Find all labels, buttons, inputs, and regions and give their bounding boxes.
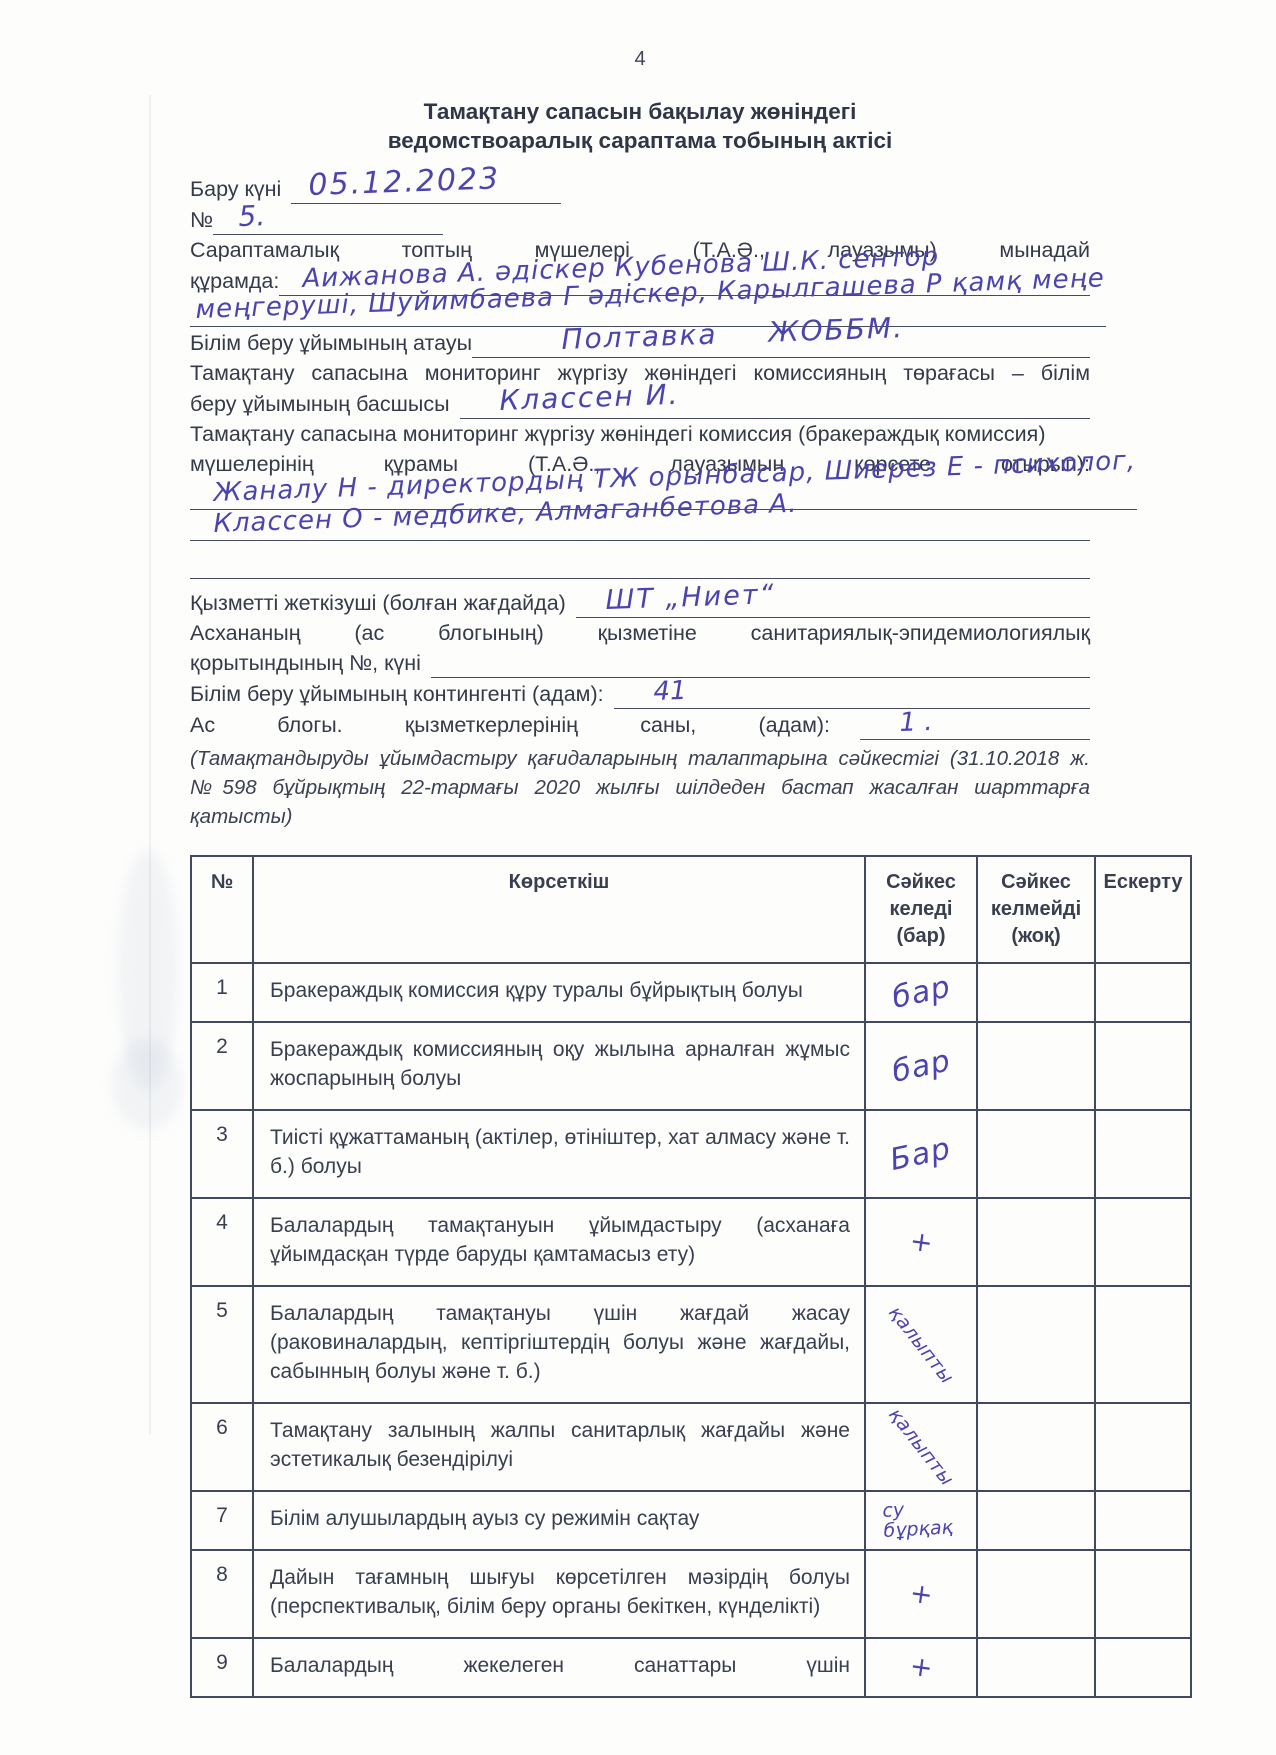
row-indicator: Дайын тағамның шығуы көрсетілген мәзірді…	[253, 1550, 865, 1638]
act-number-field: 5.	[213, 204, 443, 235]
document-title: Тамақтану сапасын бақылау жөніндегі ведо…	[190, 97, 1090, 155]
table-row: 1 Бракераждық комиссия құру туралы бұйры…	[191, 963, 1191, 1022]
checklist-body: 1 Бракераждық комиссия құру туралы бұйры…	[191, 963, 1191, 1697]
row-match-cell: Бар	[865, 1110, 977, 1198]
row-match-cell: бар	[865, 963, 977, 1022]
row-indicator: Бракераждық комиссия құру туралы бұйрықт…	[253, 963, 865, 1022]
header-no: №	[191, 856, 253, 963]
handwritten-mark: +	[908, 1225, 935, 1259]
org-name-field: Полтавка ЖОББМ.	[472, 327, 1090, 358]
row-match-cell: +	[865, 1198, 977, 1286]
handwritten-mark: қалыпты	[884, 1301, 958, 1387]
row-mismatch-cell	[977, 1550, 1095, 1638]
chair-label: беру ұйымының басшысы	[190, 389, 450, 419]
chair-handwriting: Классен И.	[498, 380, 679, 416]
title-line-1: Тамақтану сапасын бақылау жөніндегі	[190, 97, 1090, 126]
table-row: 6 Тамақтану залының жалпы санитарлық жағ…	[191, 1403, 1191, 1491]
header-note: Ескерту	[1095, 856, 1191, 963]
provider-line: Қызметті жеткізуші (болған жағдайда) ШТ …	[190, 587, 1090, 618]
page-number: 4	[190, 48, 1090, 71]
scanned-act-page: 4 Тамақтану сапасын бақылау жөніндегі ве…	[0, 0, 1276, 1755]
row-note-cell	[1095, 1638, 1191, 1697]
handwritten-mark: Бар	[888, 1131, 955, 1178]
visit-date-field: 05.12.2023	[291, 173, 561, 204]
handwritten-mark: су бұрқақ	[882, 1498, 960, 1542]
table-row: 7 Білім алушылардың ауыз су режимін сақт…	[191, 1491, 1191, 1550]
row-indicator: Балалардың тамақтануы үшін жағдай жасау …	[253, 1286, 865, 1403]
document-content: 4 Тамақтану сапасын бақылау жөніндегі ве…	[190, 48, 1090, 1698]
row-note-cell	[1095, 1403, 1191, 1491]
row-note-cell	[1095, 1491, 1191, 1550]
row-number: 5	[191, 1286, 253, 1403]
sanitary-line-1: Асхананың (ас блогының) қызметіне санита…	[190, 618, 1090, 648]
row-indicator: Тамақтану залының жалпы санитарлық жағда…	[253, 1403, 865, 1491]
row-number: 7	[191, 1491, 253, 1550]
row-indicator: Балалардың жекелеген санаттары үшін	[253, 1638, 865, 1697]
row-number: 2	[191, 1022, 253, 1110]
table-row: 8 Дайын тағамның шығуы көрсетілген мәзір…	[191, 1550, 1191, 1638]
visit-date-handwriting: 05.12.2023	[308, 164, 501, 201]
handwritten-mark: бар	[889, 969, 954, 1015]
table-row: 4 Балалардың тамақтануын ұйымдастыру (ас…	[191, 1198, 1191, 1286]
handwritten-mark: қалыпты	[884, 1404, 958, 1490]
contingent-line: Білім беру ұйымының контингенті (адам): …	[190, 678, 1090, 709]
commission-field-2: Классен О - медбике, Алмаганбетова А.	[190, 510, 1090, 541]
sanitary-line-2: қорытындының №, күні	[190, 648, 1090, 678]
commission-members-blank-line	[190, 541, 1090, 579]
row-mismatch-cell	[977, 1491, 1095, 1550]
commission-line-1: Тамақтану сапасына мониторинг жүргізу жө…	[190, 419, 1090, 449]
table-row: 9 Балалардың жекелеген санаттары үшін +	[191, 1638, 1191, 1697]
header-mismatch: Сәйкес келмейді (жоқ)	[977, 856, 1095, 963]
row-match-cell: бар	[865, 1022, 977, 1110]
provider-handwriting: ШТ „Ниет“	[605, 580, 776, 616]
row-mismatch-cell	[977, 1022, 1095, 1110]
row-number: 4	[191, 1198, 253, 1286]
table-row: 5 Балалардың тамақтануы үшін жағдай жаса…	[191, 1286, 1191, 1403]
row-note-cell	[1095, 1022, 1191, 1110]
provider-field: ШТ „Ниет“	[576, 587, 1090, 618]
row-note-cell	[1095, 963, 1191, 1022]
handwritten-mark: +	[908, 1651, 935, 1685]
row-mismatch-cell	[977, 963, 1095, 1022]
act-number-line: № 5.	[190, 204, 1090, 235]
visit-date-label: Бару күні	[190, 174, 281, 204]
row-number: 6	[191, 1403, 253, 1491]
row-mismatch-cell	[977, 1110, 1095, 1198]
contingent-field: 41	[614, 678, 1090, 709]
chair-line-2: беру ұйымының басшысы Классен И.	[190, 388, 1090, 419]
row-match-cell: +	[865, 1550, 977, 1638]
row-note-cell	[1095, 1550, 1191, 1638]
row-match-cell: қалыпты	[865, 1286, 977, 1403]
row-match-cell: су бұрқақ	[865, 1491, 977, 1550]
ink-bleed-artifact	[112, 1040, 182, 1130]
regulation-note: (Тамақтандыруды ұйымдастыру қағидаларыны…	[190, 744, 1090, 831]
row-number: 9	[191, 1638, 253, 1697]
act-number-handwriting: 5.	[238, 201, 266, 232]
row-note-cell	[1095, 1110, 1191, 1198]
staff-line: Ас блогы. қызметкерлерінің саны, (адам):…	[190, 709, 1090, 740]
expert-group-label: құрамда:	[190, 266, 279, 296]
staff-handwriting: 1 .	[899, 707, 933, 738]
row-note-cell	[1095, 1198, 1191, 1286]
act-number-label: №	[190, 205, 213, 235]
row-mismatch-cell	[977, 1286, 1095, 1403]
scan-edge-artifact	[149, 95, 151, 1435]
sanitary-field	[431, 649, 1090, 678]
sanitary-label: қорытындының №, күні	[190, 648, 421, 678]
row-mismatch-cell	[977, 1198, 1095, 1286]
checklist-table: № Көрсеткіш Сәйкес келеді (бар) Сәйкес к…	[190, 855, 1192, 1698]
contingent-handwriting: 41	[653, 676, 687, 707]
handwritten-mark: бар	[889, 1043, 954, 1089]
staff-field: 1 .	[860, 709, 1090, 740]
row-mismatch-cell	[977, 1638, 1095, 1697]
table-row: 2 Бракераждық комиссияның оқу жылына арн…	[191, 1022, 1191, 1110]
commission-members-line-2: Классен О - медбике, Алмаганбетова А.	[190, 510, 1090, 541]
checklist-header: № Көрсеткіш Сәйкес келеді (бар) Сәйкес к…	[191, 856, 1191, 963]
handwritten-mark: +	[908, 1577, 935, 1611]
row-indicator: Бракераждық комиссияның оқу жылына арнал…	[253, 1022, 865, 1110]
row-number: 8	[191, 1550, 253, 1638]
commission-field-3	[190, 550, 1090, 579]
org-name-label: Білім беру ұйымының атауы	[190, 328, 472, 358]
row-match-cell: қалыпты	[865, 1403, 977, 1491]
row-indicator: Балалардың тамақтануын ұйымдастыру (асха…	[253, 1198, 865, 1286]
staff-label: Ас блогы. қызметкерлерінің саны, (адам):	[190, 710, 830, 740]
row-indicator: Тиісті құжаттаманың (актілер, өтініштер,…	[253, 1110, 865, 1198]
provider-label: Қызметті жеткізуші (болған жағдайда)	[190, 588, 566, 618]
row-number: 3	[191, 1110, 253, 1198]
header-match: Сәйкес келеді (бар)	[865, 856, 977, 963]
chair-field: Классен И.	[460, 388, 1090, 419]
row-note-cell	[1095, 1286, 1191, 1403]
table-row: 3 Тиісті құжаттаманың (актілер, өтініште…	[191, 1110, 1191, 1198]
row-match-cell: +	[865, 1638, 977, 1697]
row-indicator: Білім алушылардың ауыз су режимін сақтау	[253, 1491, 865, 1550]
org-name-line: Білім беру ұйымының атауы Полтавка ЖОББМ…	[190, 327, 1090, 358]
title-line-2: ведомствоаралық сараптама тобының актісі	[190, 126, 1090, 155]
row-mismatch-cell	[977, 1403, 1095, 1491]
row-number: 1	[191, 963, 253, 1022]
visit-date-line: Бару күні 05.12.2023	[190, 173, 1090, 204]
contingent-label: Білім беру ұйымының контингенті (адам):	[190, 679, 604, 709]
header-indicator: Көрсеткіш	[253, 856, 865, 963]
